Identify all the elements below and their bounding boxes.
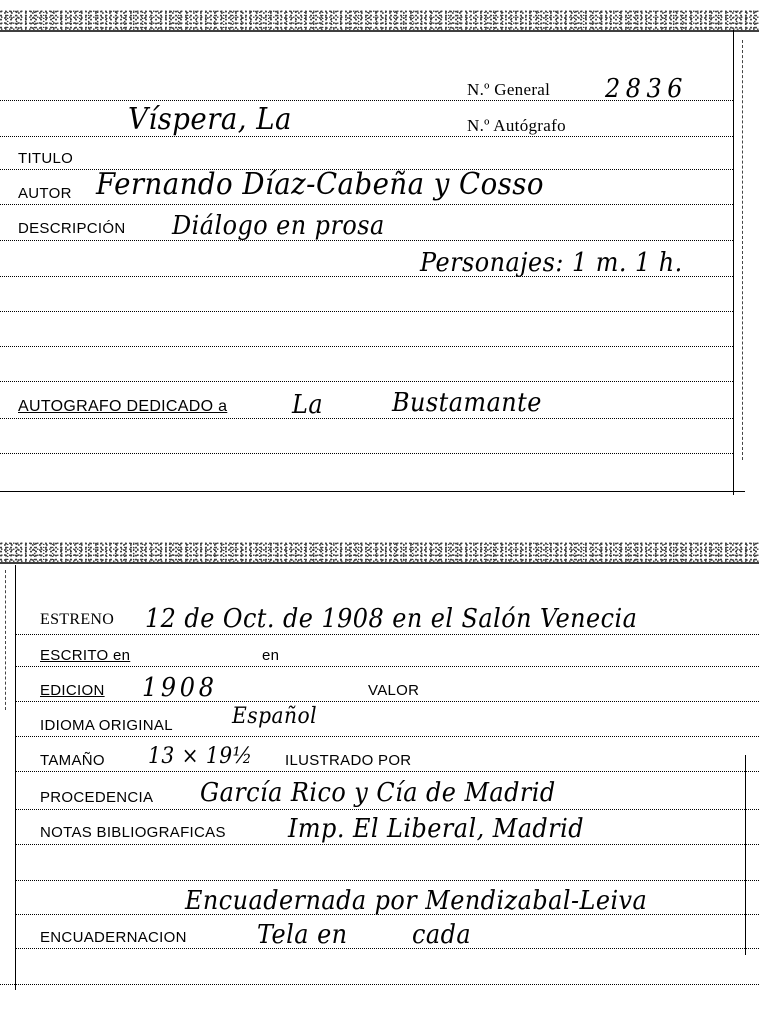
titulo-label: TITULO — [18, 151, 73, 166]
rule-tamano — [15, 771, 759, 772]
encuadernacion-value-2: cada — [412, 922, 471, 948]
autor-label: AUTOR — [18, 186, 72, 201]
valor-label: VALOR — [368, 683, 419, 698]
rule-edicion — [15, 701, 759, 702]
descripcion-label: DESCRIPCIÓN — [18, 221, 125, 236]
edicion-label: EDICION — [40, 683, 105, 698]
numero-general-label: N.º General — [467, 81, 550, 98]
rule-escrito — [15, 666, 759, 667]
idioma-value: Español — [232, 706, 317, 728]
rule-autor — [0, 204, 733, 205]
estreno-value: 12 de Oct. de 1908 en el Salón Venecia — [145, 606, 637, 632]
autografo-dedicado-value-1: La — [292, 392, 323, 418]
rule-notas — [15, 844, 759, 845]
card-right-border — [733, 30, 734, 495]
scan-noise-top — [0, 542, 759, 564]
autografo-dedicado-label: AUTOGRAFO DEDICADO a — [18, 399, 227, 415]
ilustrado-label: ILUSTRADO POR — [285, 753, 411, 768]
rule-blank — [15, 880, 759, 881]
scan-noise-top — [0, 10, 759, 32]
rule-idioma — [15, 736, 759, 737]
autor-value: Fernando Díaz-Cabeña y Cosso — [96, 170, 544, 200]
notas-value: Imp. El Liberal, Madrid — [288, 816, 584, 842]
notas-value-2: Encuadernada por Mendizabal-Leiva — [185, 888, 647, 914]
card-left-border — [15, 565, 16, 990]
tamano-value: 13 × 19½ — [148, 746, 253, 768]
titulo-value: Víspera, La — [128, 105, 292, 135]
escrito-en-label: en — [262, 648, 279, 663]
card-right-border — [745, 755, 746, 955]
card-left-edge-noise — [5, 570, 6, 710]
encuadernacion-value-1: Tela en — [257, 922, 348, 948]
numero-general-value: 2836 — [605, 76, 688, 102]
catalog-card-front: N.º General 2836 N.º Autógrafo Víspera, … — [0, 0, 759, 500]
card-right-edge-noise — [742, 40, 743, 460]
tamano-label: TAMAÑO — [40, 753, 105, 768]
rule-dedicado — [0, 418, 733, 419]
rule-procedencia — [15, 809, 759, 810]
personajes-value: Personajes: 1 m. 1 h. — [420, 250, 683, 276]
rule-encuadernacion — [15, 948, 759, 949]
procedencia-value: García Rico y Cía de Madrid — [200, 780, 556, 806]
edicion-value: 1908 — [142, 675, 218, 701]
rule-autografo — [0, 136, 733, 137]
estreno-label: ESTRENO — [40, 612, 114, 628]
rule-blank-4 — [0, 453, 733, 454]
card-bottom-edge — [0, 491, 745, 492]
rule-estreno — [15, 634, 759, 635]
procedencia-label: PROCEDENCIA — [40, 790, 153, 805]
rule-bottom — [0, 984, 759, 985]
autografo-dedicado-value-2: Bustamante — [392, 390, 542, 416]
descripcion-value: Diálogo en prosa — [172, 213, 385, 239]
escrito-label: ESCRITO en — [40, 648, 130, 663]
idioma-label: IDIOMA ORIGINAL — [40, 718, 173, 733]
encuadernacion-label: ENCUADERNACION — [40, 930, 187, 945]
rule-blank-1 — [0, 311, 733, 312]
catalog-card-back: ESTRENO 12 de Oct. de 1908 en el Salón V… — [0, 530, 759, 1028]
rule-blank-3 — [0, 381, 733, 382]
notas-label: NOTAS BIBLIOGRAFICAS — [40, 825, 226, 840]
numero-autografo-label: N.º Autógrafo — [467, 117, 566, 134]
rule-blank-2 — [0, 346, 733, 347]
